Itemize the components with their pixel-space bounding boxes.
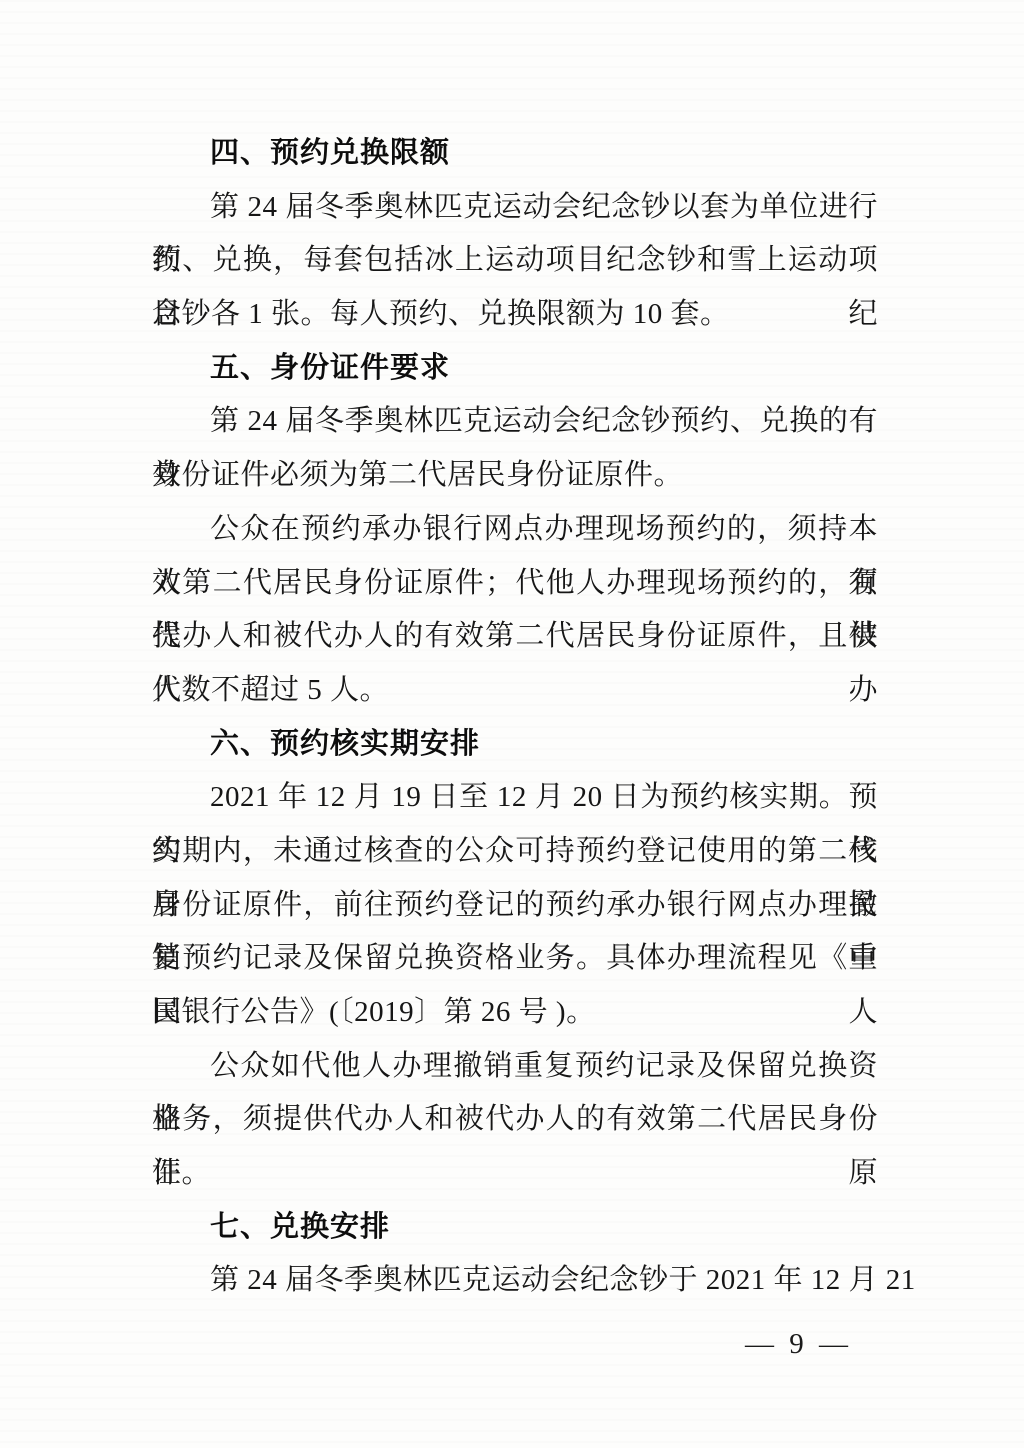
paragraph: 公众如代他人办理撤销重复预约记录及保留兑换资格 业务，须提供代办人和被代办人的有… <box>152 1040 878 1201</box>
section-heading-6: 六、预约核实期安排 <box>152 718 878 772</box>
paragraph-line: 2021 年 12 月 19 日至 12 月 20 日为预约核实期。预约核 <box>152 771 878 825</box>
paragraph-line: 复预约记录及保留兑换资格业务。具体办理流程见《中国人 <box>152 932 878 986</box>
paragraph: 2021 年 12 月 19 日至 12 月 20 日为预约核实期。预约核 实期… <box>152 771 878 1039</box>
document-body: 四、预约兑换限额 第 24 届冬季奥林匹克运动会纪念钞以套为单位进行预 约、兑换… <box>152 127 878 1308</box>
paragraph-line: 第 24 届冬季奥林匹克运动会纪念钞预约、兑换的有效 <box>152 395 878 449</box>
paragraph-line: 第 24 届冬季奥林匹克运动会纪念钞以套为单位进行预 <box>152 181 878 235</box>
paragraph-line: 约、兑换，每套包括冰上运动项目纪念钞和雪上运动项目纪 <box>152 234 878 288</box>
section-heading-5: 五、身份证件要求 <box>152 342 878 396</box>
section-heading-4: 四、预约兑换限额 <box>152 127 878 181</box>
paragraph-line: 效第二代居民身份证原件；代他人办理现场预约的，须提供 <box>152 557 878 611</box>
paragraph: 公众在预约承办银行网点办理现场预约的，须持本人有 效第二代居民身份证原件；代他人… <box>152 503 878 718</box>
paragraph: 第 24 届冬季奥林匹克运动会纪念钞以套为单位进行预 约、兑换，每套包括冰上运动… <box>152 181 878 342</box>
paragraph: 第 24 届冬季奥林匹克运动会纪念钞预约、兑换的有效 身份证件必须为第二代居民身… <box>152 395 878 502</box>
paragraph: 第 24 届冬季奥林匹克运动会纪念钞于 2021 年 12 月 21 <box>152 1254 878 1308</box>
paragraph-line: 身份证件必须为第二代居民身份证原件。 <box>152 449 878 503</box>
paragraph-line: 身份证原件，前往预约登记的预约承办银行网点办理撤销重 <box>152 879 878 933</box>
paragraph-line: 公众如代他人办理撤销重复预约记录及保留兑换资格 <box>152 1040 878 1094</box>
paragraph-line: 代办人和被代办人的有效第二代居民身份证原件，且被代办 <box>152 610 878 664</box>
document-page: { "page": { "background": "#fdfdfc", "te… <box>0 0 1024 1448</box>
paragraph-line: 业务，须提供代办人和被代办人的有效第二代居民身份证原 <box>152 1093 878 1147</box>
paragraph-line: 实期内，未通过核查的公众可持预约登记使用的第二代居民 <box>152 825 878 879</box>
paragraph-line: 公众在预约承办银行网点办理现场预约的，须持本人有 <box>152 503 878 557</box>
page-number: — 9 — <box>745 1327 852 1361</box>
paragraph-line: 第 24 届冬季奥林匹克运动会纪念钞于 2021 年 12 月 21 <box>152 1254 878 1308</box>
section-heading-7: 七、兑换安排 <box>152 1201 878 1255</box>
